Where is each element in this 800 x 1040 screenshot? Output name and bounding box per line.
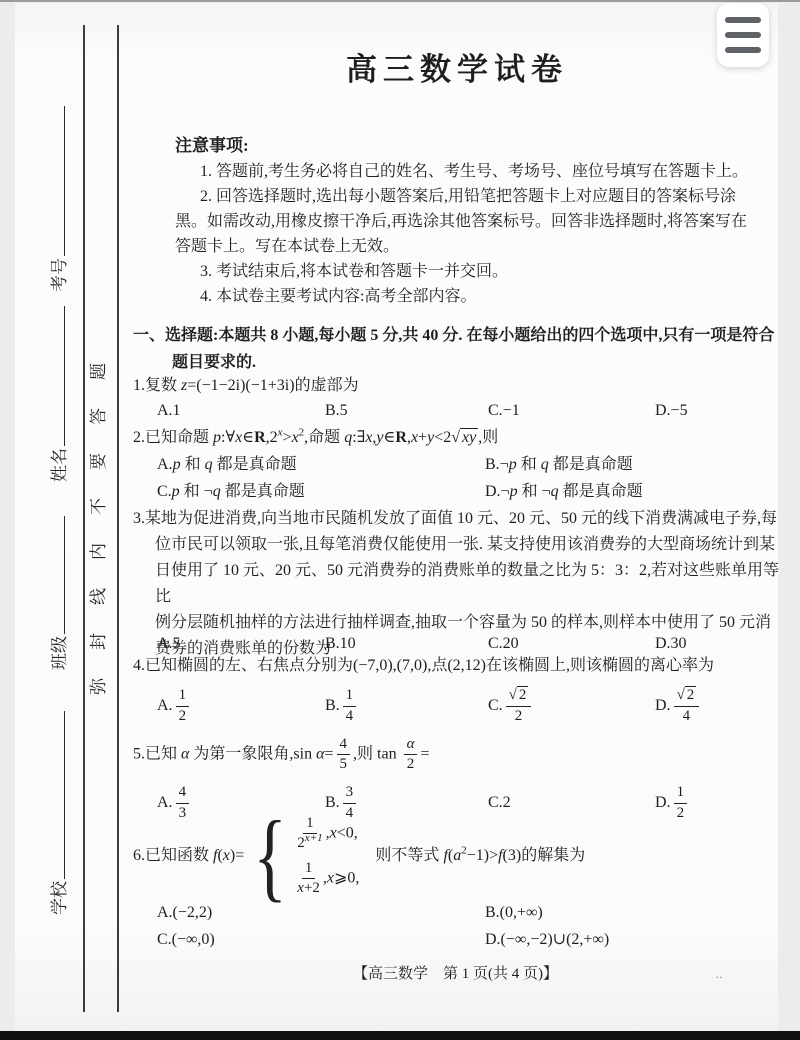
- option-a: A.(−2,2): [157, 901, 212, 925]
- section-1-header-line1: 一、选择题:本题共 8 小题,每小题 5 分,共 40 分. 在每小题给出的四个…: [133, 322, 781, 349]
- blank-line: [47, 306, 65, 446]
- blank-line: [47, 106, 65, 256]
- question-6-stem: 6.已知函数 f(x)= { 12x+1,x<0, 1x+2,x⩾0, 则不等式…: [133, 808, 585, 904]
- hamburger-icon: [725, 32, 761, 38]
- field-exam-number: 考号: [47, 106, 71, 292]
- notice-line: 2. 回答选择题时,选出每小题答案后,用铅笔把答题卡上对应题目的答案标号涂: [175, 184, 763, 209]
- question-5-stem: 5.已知 α 为第一象限角,sin α=45,则 tan α2=: [133, 736, 781, 774]
- top-border: [0, 0, 800, 2]
- field-school-label: 学校: [50, 881, 69, 915]
- question-3-line: 3.某地为促进消费,向当地市民随机发放了面值 10 元、20 元、50 元的线下…: [133, 506, 781, 532]
- option-d: D.30: [655, 632, 687, 656]
- field-class: 班级: [47, 516, 71, 670]
- option-a: A.p 和 q 都是真命题: [157, 453, 297, 477]
- question-2-stem: 2.已知命题 p:∀x∈R,2x>x2,命题 q:∃x,y∈R,x+y<2√xy…: [133, 426, 781, 450]
- option-b: B.¬p 和 q 都是真命题: [485, 453, 633, 477]
- notice-line: 答题卡上。写在本试卷上无效。: [175, 234, 763, 259]
- seal-line-outer: [117, 25, 119, 1012]
- notice-line: 1. 答题前,考生务必将自己的姓名、考生号、考场号、座位号填写在答题卡上。: [175, 159, 763, 184]
- field-school: 学校: [47, 711, 71, 915]
- option-d: D.12: [655, 778, 690, 828]
- blank-line: [47, 711, 65, 879]
- piecewise-case-1: 12x+1,x<0,: [294, 815, 359, 853]
- curly-brace: {: [253, 811, 287, 901]
- notice-heading: 注意事项:: [175, 134, 249, 158]
- notice-list: 1. 答题前,考生务必将自己的姓名、考生号、考场号、座位号填写在答题卡上。 2.…: [175, 159, 763, 309]
- option-c: C.p 和 ¬q 都是真命题: [157, 480, 305, 504]
- seal-phrase: 弥封线内不要答题: [87, 335, 111, 695]
- question-3-line: 日使用了 10 元、20 元、50 元消费券的消费账单的数量之比为 5：3：2,…: [133, 558, 781, 610]
- section-1-header-line2: 题目要求的.: [133, 349, 781, 376]
- exam-page: 考号 姓名 班级 学校 弥封线内不要答题 高三数学试卷 注意事项: 1. 答题前…: [15, 3, 778, 1032]
- option-d: D.−5: [655, 399, 688, 423]
- option-c: C.20: [488, 632, 519, 656]
- option-c: C.(−∞,0): [157, 928, 215, 952]
- option-a: A.5: [157, 632, 181, 656]
- question-2-options-row1: A.p 和 q 都是真命题 B.¬p 和 q 都是真命题: [133, 453, 781, 477]
- piecewise-cases: 12x+1,x<0, 1x+2,x⩾0,: [294, 815, 359, 898]
- menu-button[interactable]: [717, 3, 769, 67]
- hamburger-icon: [725, 17, 761, 23]
- hamburger-icon: [725, 47, 761, 53]
- option-b: B.(0,+∞): [485, 901, 543, 925]
- option-a: A.12: [157, 681, 192, 731]
- option-c: C.−1: [488, 399, 520, 423]
- option-d: D.√24: [655, 681, 702, 731]
- question-6-tail: 则不等式 f(a2−1)>f(3)的解集为: [375, 844, 585, 868]
- question-2-options-row2: C.p 和 ¬q 都是真命题 D.¬p 和 ¬q 都是真命题: [133, 480, 781, 504]
- seal-line-inner: [83, 25, 85, 1012]
- field-name-label: 姓名: [50, 448, 69, 482]
- exam-title: 高三数学试卷: [133, 58, 781, 82]
- question-3-line: 位市民可以领取一张,且每笔消费仅能使用一张. 某支持使用该消费券的大型商场统计到…: [133, 532, 781, 558]
- option-d: D.¬p 和 ¬q 都是真命题: [485, 480, 643, 504]
- section-1-header: 一、选择题:本题共 8 小题,每小题 5 分,共 40 分. 在每小题给出的四个…: [133, 322, 781, 376]
- piecewise-case-2: 1x+2,x⩾0,: [294, 860, 359, 898]
- bottom-bar: [0, 1031, 800, 1040]
- question-1-options: A.1 B.5 C.−1 D.−5: [133, 399, 781, 423]
- blank-line: [47, 516, 65, 634]
- option-b: B.10: [325, 632, 356, 656]
- field-name: 姓名: [47, 306, 71, 482]
- notice-line: 4. 本试卷主要考试内容:高考全部内容。: [175, 284, 763, 309]
- field-exam-number-label: 考号: [50, 258, 69, 292]
- option-b: B.5: [325, 399, 348, 423]
- page-footer: 【高三数学 第 1 页(共 4 页)】: [353, 962, 558, 986]
- question-6-options-row2: C.(−∞,0) D.(−∞,−2)∪(2,+∞): [133, 928, 781, 952]
- option-d: D.(−∞,−2)∪(2,+∞): [485, 928, 609, 952]
- option-b: B.14: [325, 681, 359, 731]
- question-6-options-row1: A.(−2,2) B.(0,+∞): [133, 901, 781, 925]
- question-4-options: A.12 B.14 C.√22 D.√24: [133, 681, 781, 731]
- screen: 考号 姓名 班级 学校 弥封线内不要答题 高三数学试卷 注意事项: 1. 答题前…: [0, 0, 800, 1040]
- notice-line: 黑。如需改动,用橡皮擦干净后,再选涂其他答案标号。回答非选择题时,将答案写在: [175, 209, 763, 234]
- question-6-lead: 6.已知函数 f(x)=: [133, 844, 244, 868]
- notice-line: 3. 考试结束后,将本试卷和答题卡一并交回。: [175, 259, 763, 284]
- field-class-label: 班级: [50, 636, 69, 670]
- question-3-options: A.5 B.10 C.20 D.30: [133, 632, 781, 656]
- option-c: C.√22: [488, 681, 534, 731]
- question-1-stem: 1.复数 z=(−1−2i)(−1+3i)的虚部为: [133, 374, 781, 398]
- question-4-stem: 4.已知椭圆的左、右焦点分别为(−7,0),(7,0),点(2,12)在该椭圆上…: [133, 654, 781, 678]
- scan-mark: ..: [716, 964, 723, 988]
- option-a: A.1: [157, 399, 181, 423]
